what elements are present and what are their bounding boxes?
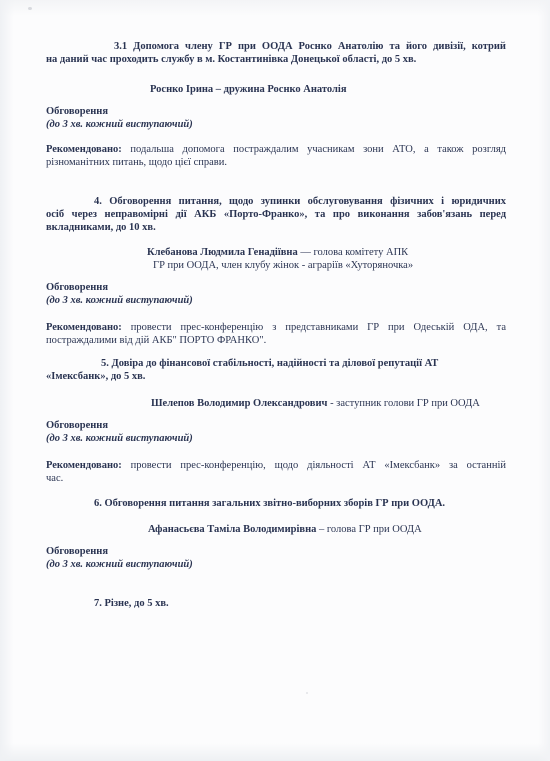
heading-line: 3.1 Допомога члену ГР при ООДА Роснко Ан… (46, 40, 506, 53)
heading-line: 4. Обговорення питання, щодо зупинки обс… (46, 195, 506, 208)
heading-line: 6. Обговорення питання загальних звітно-… (46, 497, 506, 510)
agenda-item-heading: 3.1 Допомога члену ГР при ООДА Роснко Ан… (46, 40, 506, 66)
recommendation-text: різноманітних питань, щодо цієї справи. (46, 157, 227, 168)
heading-text: 3.1 Допомога члену ГР при ООДА Роснко Ан… (114, 41, 506, 52)
recommendation-line: різноманітних питань, щодо цієї справи. (46, 156, 506, 169)
recommendation-label: Рекомендовано: (46, 322, 122, 333)
recommendation-text: постраждалими від дій АКБ" ПОРТО ФРАНКО"… (46, 335, 266, 346)
discussion-label: Обговорення (46, 105, 506, 118)
heading-text: осіб через неправомірні дії АКБ «Порто-Ф… (46, 209, 506, 220)
heading-line: на даний час проходить службу в м. Коста… (46, 53, 506, 66)
heading-line: 5. Довіра до фінансової стабільності, на… (46, 357, 506, 370)
recommendation-block: Рекомендовано: провести прес-конференцію… (46, 459, 506, 485)
scan-artifact-speck (306, 692, 308, 694)
discussion-block: Обговорення (до 3 хв. кожний виступаючий… (46, 419, 506, 445)
speaker-name: Клебанова Людмила Генадіївна (147, 247, 298, 258)
recommendation-text: час. (46, 473, 63, 484)
discussion-block: Обговорення (до 3 хв. кожний виступаючий… (46, 545, 506, 571)
speaker-line: Роснко Ірина – дружина Роснко Анатолія (46, 83, 550, 96)
recommendation-line: час. (46, 472, 506, 485)
recommendation-line: Рекомендовано: подальша допомога постраж… (46, 143, 506, 156)
heading-text: 5. Довіра до фінансової стабільності, на… (101, 358, 438, 369)
agenda-item-4: 4. Обговорення питання, щодо зупинки обс… (46, 195, 506, 347)
agenda-item-6: 6. Обговорення питання загальних звітно-… (46, 497, 506, 571)
speaker-role: — голова комітету АПК (300, 247, 408, 258)
speaker-block: Клебанова Людмила Генадіївна — голова ко… (46, 246, 506, 272)
heading-text: 4. Обговорення питання, щодо зупинки обс… (94, 196, 506, 207)
speaker-line: Клебанова Людмила Генадіївна — голова ко… (46, 246, 550, 259)
speaker-line: Афанасьєва Таміла Володимирівна – голова… (46, 523, 550, 536)
recommendation-line: Рекомендовано: провести прес-конференцію… (46, 459, 506, 472)
scan-artifact-speck (28, 7, 32, 10)
discussion-note: (до 3 хв. кожний виступаючий) (46, 294, 506, 307)
discussion-block: Обговорення (до 3 хв. кожний виступаючий… (46, 105, 506, 131)
speaker-role: ГР при ООДА, член клубу жінок - аграріїв… (153, 260, 413, 271)
heading-text: 7. Різне, до 5 хв. (94, 598, 169, 609)
recommendation-text: провести прес-конференцію з представника… (131, 322, 506, 333)
recommendation-line: постраждалими від дій АКБ" ПОРТО ФРАНКО"… (46, 334, 506, 347)
speaker-line: ГР при ООДА, член клубу жінок - аграріїв… (46, 259, 550, 272)
heading-text: «Імексбанк», до 5 хв. (46, 371, 145, 382)
heading-line: осіб через неправомірні дії АКБ «Порто-Ф… (46, 208, 506, 221)
agenda-item-heading: 4. Обговорення питання, щодо зупинки обс… (46, 195, 506, 234)
recommendation-block: Рекомендовано: провести прес-конференцію… (46, 321, 506, 347)
discussion-note: (до 3 хв. кожний виступаючий) (46, 558, 506, 571)
speaker-name: Шелепов Володимир Олександрович (151, 398, 327, 409)
recommendation-text: подальша допомога постраждалим учасникам… (130, 144, 506, 155)
discussion-label: Обговорення (46, 419, 506, 432)
agenda-item-5: 5. Довіра до фінансової стабільності, на… (46, 357, 506, 485)
speaker-line: Шелепов Володимир Олександрович - заступ… (46, 397, 550, 410)
discussion-note: (до 3 хв. кожний виступаючий) (46, 118, 506, 131)
discussion-block: Обговорення (до 3 хв. кожний виступаючий… (46, 281, 506, 307)
speaker-role: – голова ГР при ООДА (319, 524, 422, 535)
heading-line: 7. Різне, до 5 хв. (46, 597, 506, 610)
heading-text: вкладниками, до 10 хв. (46, 222, 156, 233)
discussion-note: (до 3 хв. кожний виступаючий) (46, 432, 506, 445)
heading-line: «Імексбанк», до 5 хв. (46, 370, 506, 383)
discussion-label: Обговорення (46, 545, 506, 558)
document-page: 3.1 Допомога члену ГР при ООДА Роснко Ан… (0, 0, 550, 761)
discussion-label: Обговорення (46, 281, 506, 294)
recommendation-text: провести прес-конференцію, щодо діяльнос… (131, 460, 506, 471)
agenda-item-3-1: 3.1 Допомога члену ГР при ООДА Роснко Ан… (46, 40, 506, 169)
recommendation-block: Рекомендовано: подальша допомога постраж… (46, 143, 506, 169)
heading-line: вкладниками, до 10 хв. (46, 221, 506, 234)
speaker-name: Афанасьєва Таміла Володимирівна (148, 524, 316, 535)
heading-text: 6. Обговорення питання загальних звітно-… (94, 498, 445, 509)
speaker-role: - заступник голови ГР при ООДА (330, 398, 480, 409)
recommendation-label: Рекомендовано: (46, 144, 122, 155)
recommendation-line: Рекомендовано: провести прес-конференцію… (46, 321, 506, 334)
agenda-item-heading: 5. Довіра до фінансової стабільності, на… (46, 357, 506, 383)
heading-text: на даний час проходить службу в м. Коста… (46, 54, 416, 65)
speaker-name: Роснко Ірина – дружина Роснко Анатолія (150, 84, 347, 95)
agenda-item-7: 7. Різне, до 5 хв. (46, 597, 506, 610)
recommendation-label: Рекомендовано: (46, 460, 122, 471)
document-content: 3.1 Допомога члену ГР при ООДА Роснко Ан… (0, 0, 550, 610)
